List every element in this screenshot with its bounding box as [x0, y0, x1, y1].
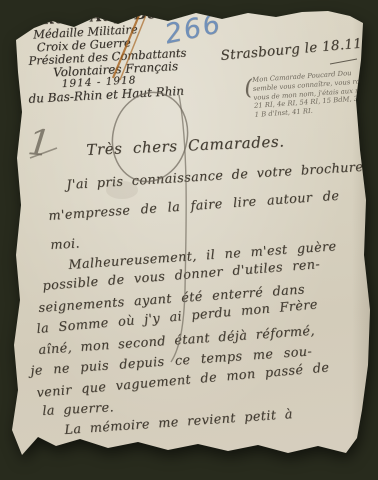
page-number-mark: 1 — [26, 122, 53, 165]
scan-background: René Aug. Beller Médaille Militaire Croi… — [0, 0, 378, 480]
letter-paper: René Aug. Beller Médaille Militaire Croi… — [0, 0, 378, 480]
sender-block: René Aug. Beller Médaille Militaire Croi… — [24, 5, 191, 107]
letter-line: moi. — [50, 236, 80, 253]
letter-line: J'ai pris connaissance de votre brochure… — [66, 159, 378, 193]
date-underline-mark — [330, 59, 357, 64]
salutation: Très chers Camarades. — [86, 132, 285, 159]
dateline: Strasbourg le 18.11.32 — [220, 34, 378, 64]
letter-line: la guerre. — [42, 400, 114, 419]
archive-number: 266 — [162, 8, 225, 50]
paper-shadow: René Aug. Beller Médaille Militaire Croi… — [0, 0, 378, 480]
margin-note: Mon Camarade Poucard Dou semble vous con… — [252, 67, 377, 120]
letter-line: m'empresse de la faire lire autour de — [48, 189, 340, 224]
sender-credential-line: du Bas-Rhin et Haut Rhin — [28, 84, 190, 106]
